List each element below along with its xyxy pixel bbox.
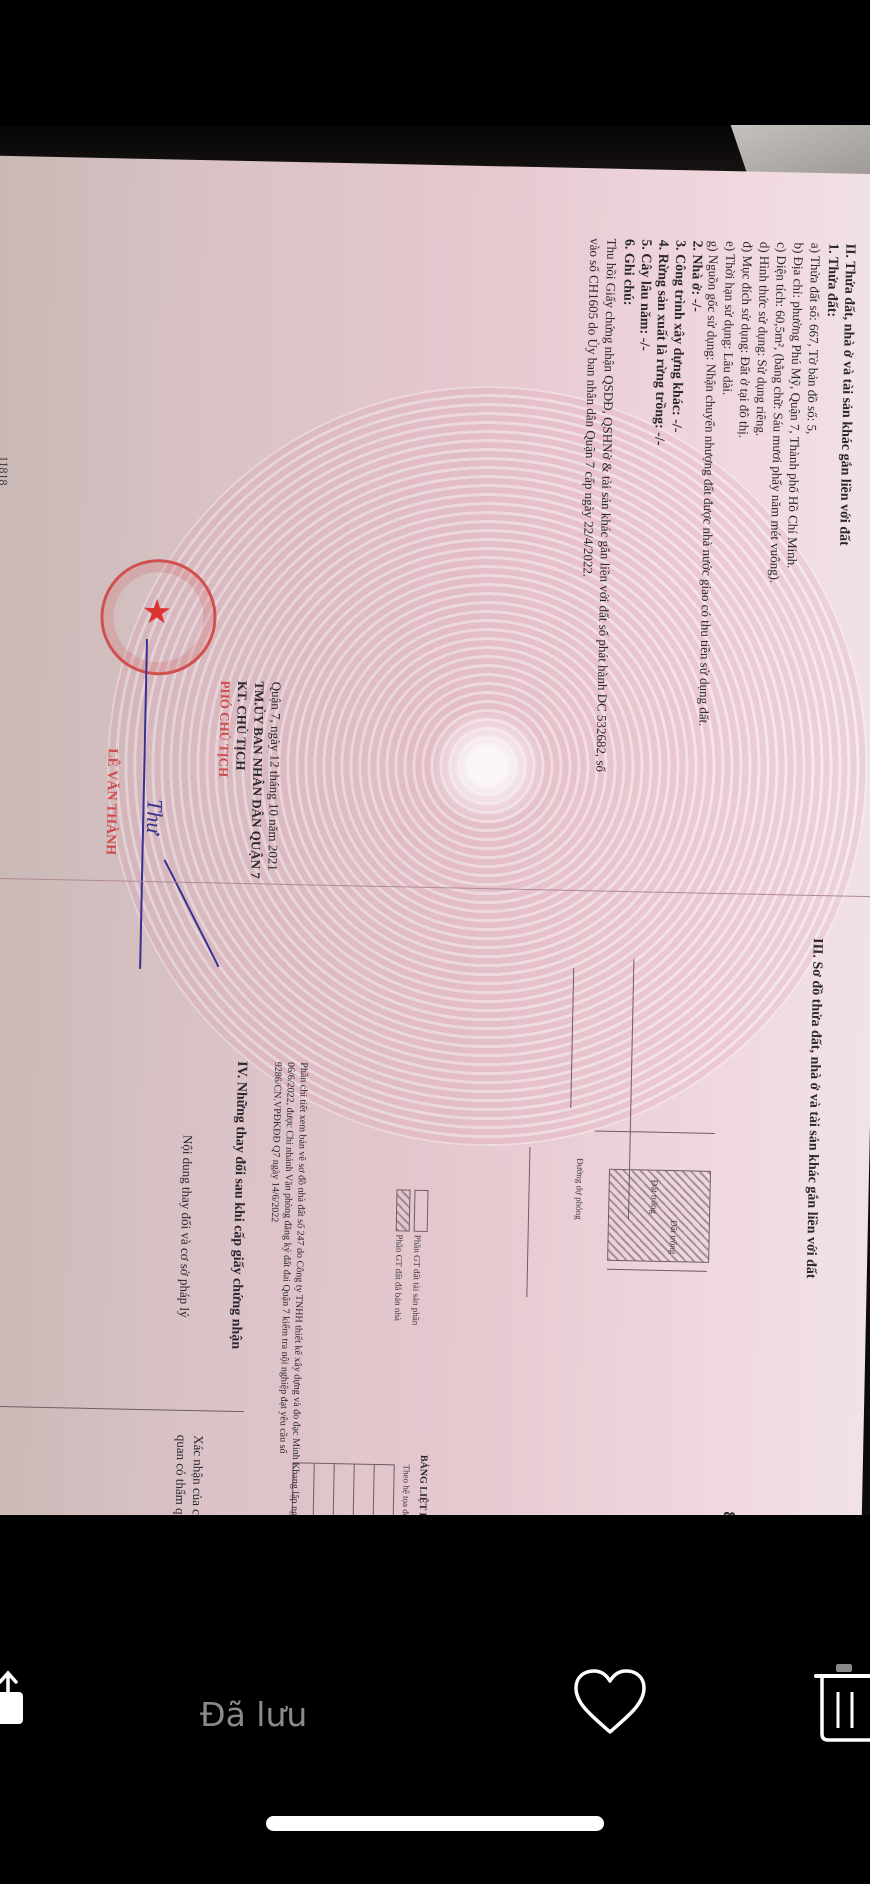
signer-name: LÊ VĂN THÀNH bbox=[101, 748, 120, 855]
signature-scribble: Thư bbox=[146, 799, 164, 835]
home-indicator[interactable] bbox=[266, 1816, 604, 1831]
signature-block: Quận 7, ngày 12 tháng 10 năm 2021 TM.ỦY … bbox=[213, 680, 285, 879]
trash-icon bbox=[814, 1662, 870, 1742]
serial-number: 11818 bbox=[0, 456, 9, 486]
legend-swatch-hatched bbox=[396, 1189, 411, 1231]
plot-label: Đường dự phóng bbox=[573, 1158, 585, 1220]
section-3-title: III. Sơ đồ thửa đất, nhà ở và tài sản kh… bbox=[802, 938, 826, 1279]
share-button[interactable] bbox=[0, 1670, 40, 1725]
section-4-divider bbox=[0, 1405, 244, 1412]
section-3-note: Phần chi tiết xem bản vẽ sơ đồ nhà đất s… bbox=[261, 1062, 310, 1515]
plot-label: Đất trống bbox=[648, 1180, 660, 1214]
section-4-col2: Xác nhận của cơ quan có thẩm quyền bbox=[165, 1435, 207, 1515]
coord-table-title: BẢNG LIỆT KÊ TỌA ĐỘ GÓC RANH bbox=[411, 1455, 432, 1515]
share-icon bbox=[0, 1670, 40, 1725]
section-2: II. Thửa đất, nhà ở và tài sản khác gắn … bbox=[575, 238, 858, 777]
heart-icon bbox=[572, 1668, 648, 1736]
plot-label: Đất trống bbox=[667, 1220, 679, 1254]
plot-boundary bbox=[526, 1147, 530, 1297]
coord-table bbox=[290, 1462, 395, 1515]
delete-button[interactable] bbox=[814, 1662, 870, 1742]
land-certificate-page: II. Thửa đất, nhà ở và tài sản khác gắn … bbox=[0, 156, 870, 1515]
legend-label: Phần GT đất tài sản phần bbox=[410, 1235, 423, 1326]
section-4-col1: Nội dung thay đổi và cơ sở pháp lý bbox=[176, 1135, 197, 1318]
coord-table-subtitle: Theo hệ tọa độ Nhà Nước VN-2000 bbox=[398, 1464, 412, 1515]
legend-label: Phần GT đất đã bán nhà bbox=[392, 1234, 405, 1321]
plot-boundary bbox=[607, 1269, 707, 1272]
plot-boundary bbox=[595, 1130, 715, 1134]
legend-swatch-empty bbox=[414, 1190, 429, 1232]
saved-status: Đã lưu bbox=[200, 1695, 307, 1734]
section-4-title: IV. Những thay đổi sau khi cấp giấy chứn… bbox=[227, 1061, 250, 1349]
photo-view[interactable]: II. Thửa đất, nhà ở và tài sản khác gắn … bbox=[0, 125, 870, 1515]
favorite-button[interactable] bbox=[572, 1668, 648, 1736]
